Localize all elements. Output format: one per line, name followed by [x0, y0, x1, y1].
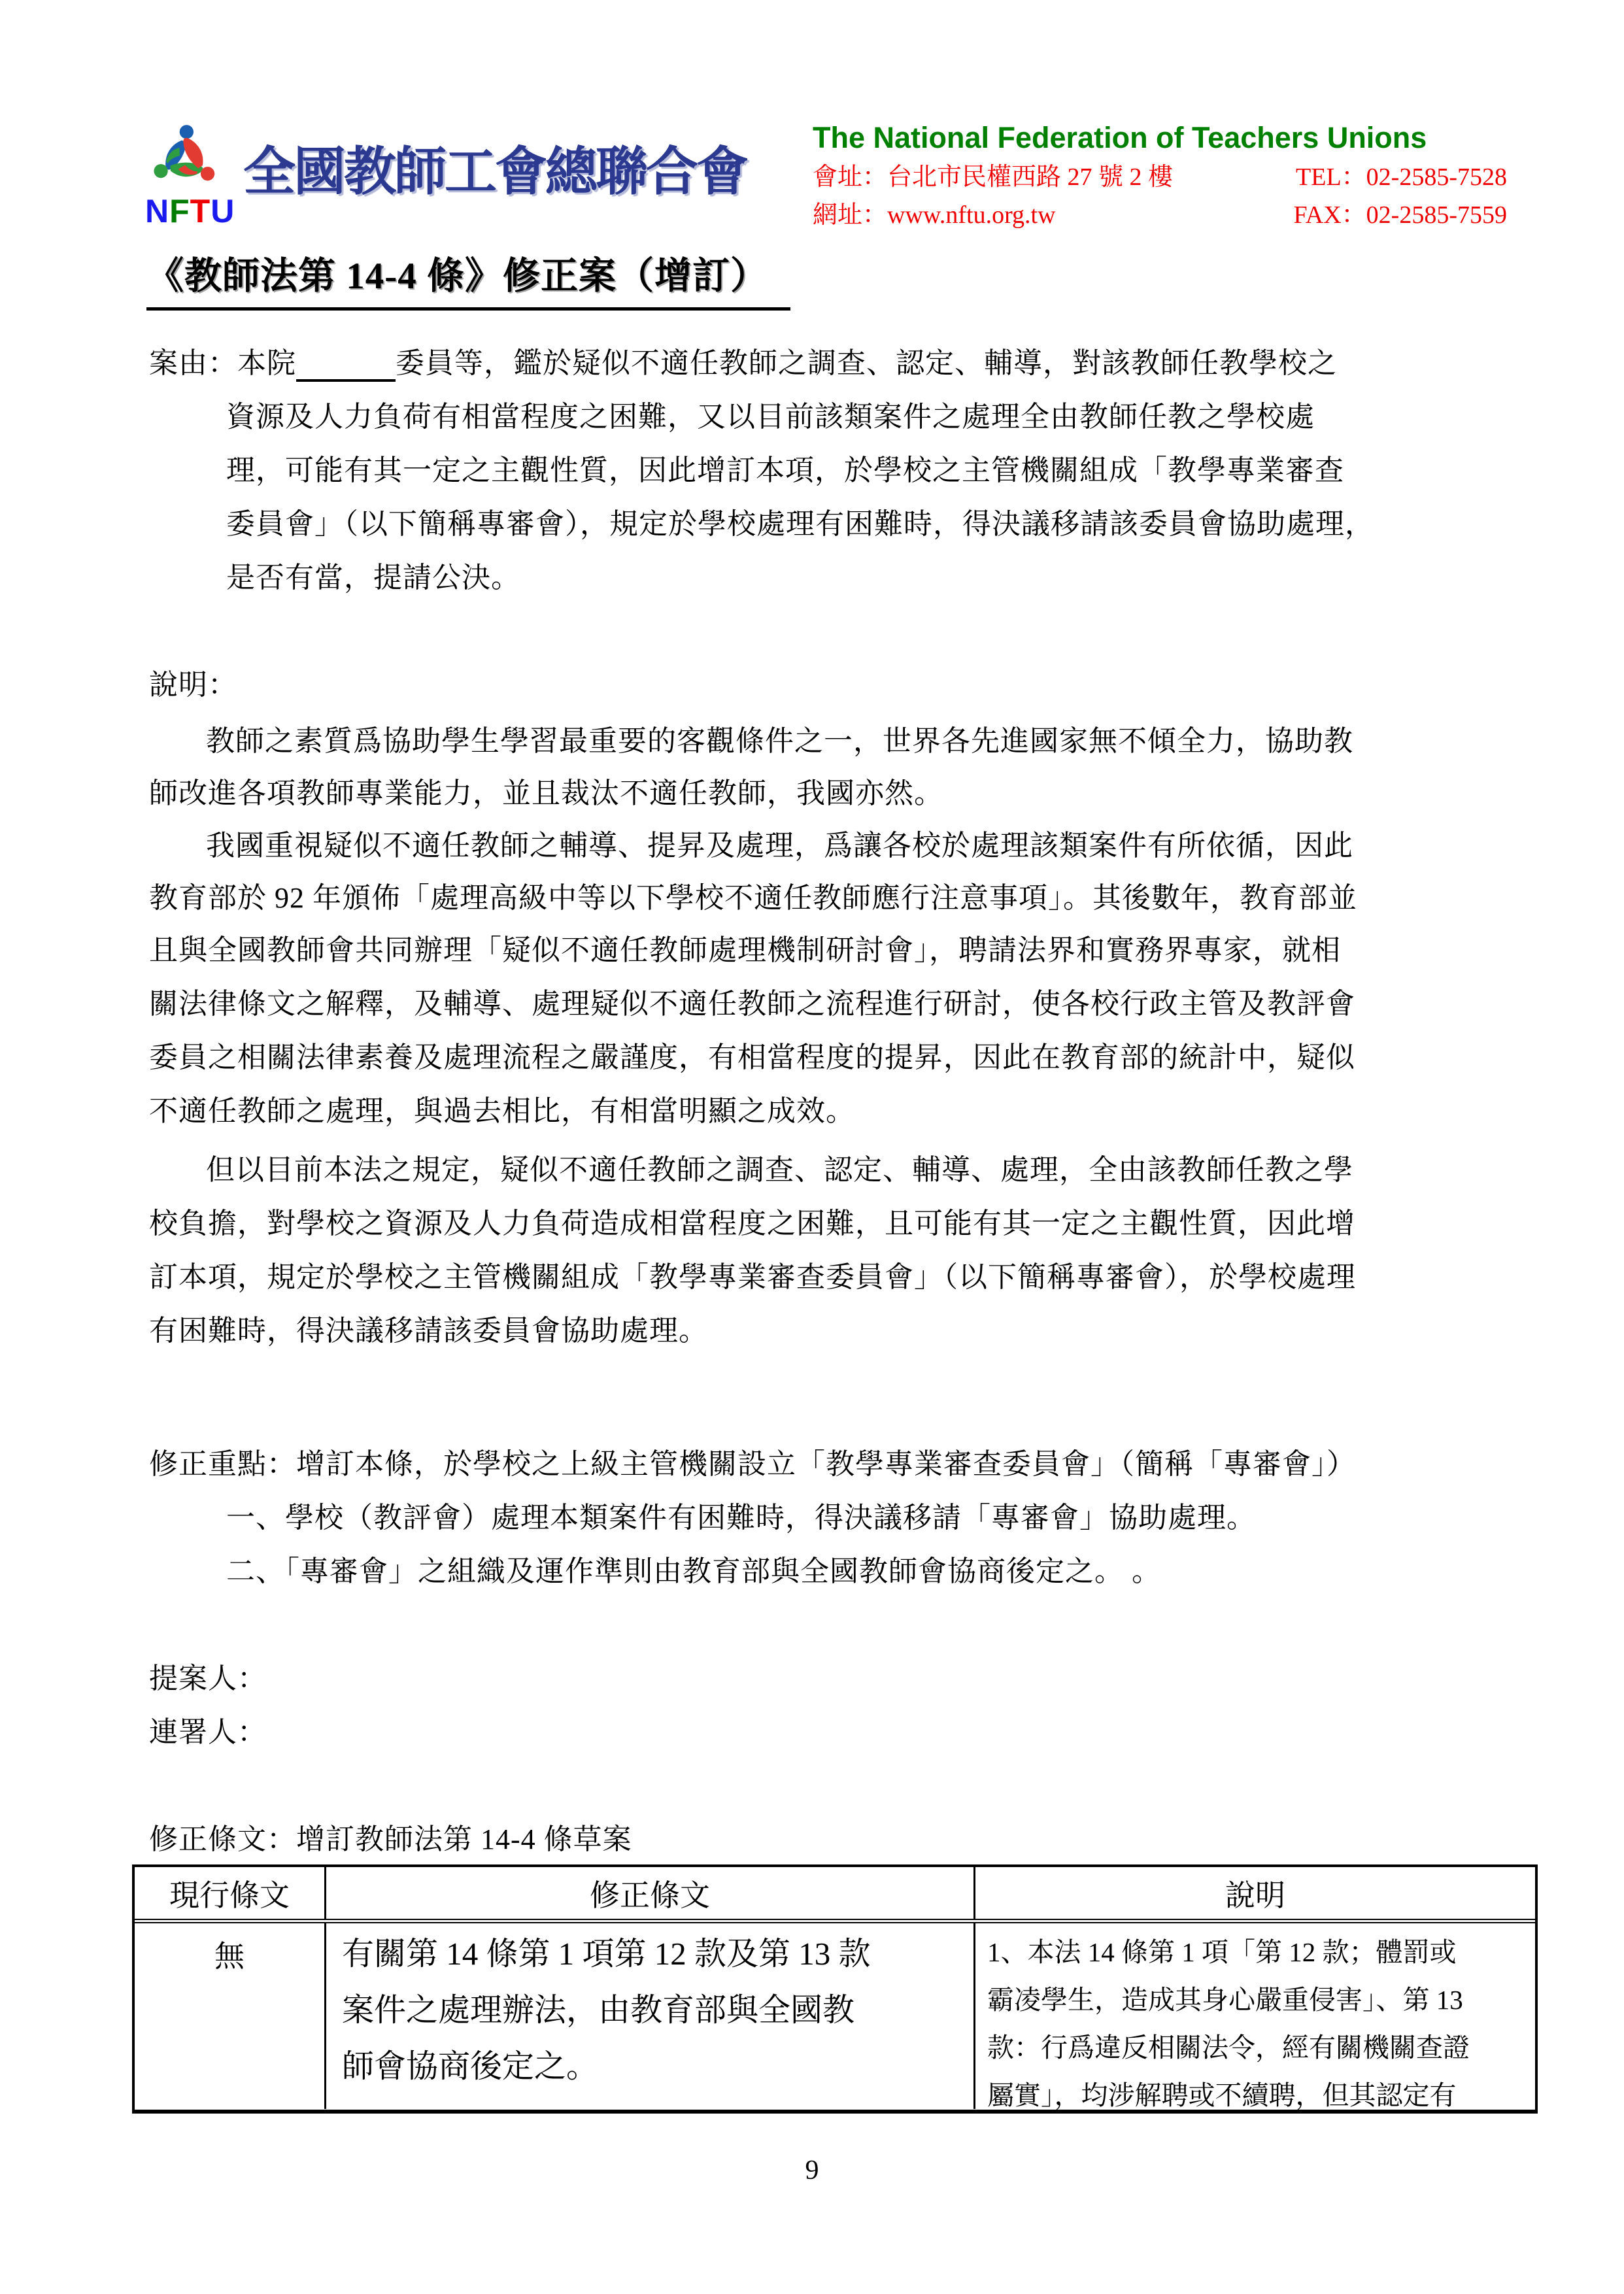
explanation-line: 但以目前本法之規定，疑似不適任教師之調查、認定、輔導、處理，全由該教師任教之學 [206, 1152, 1353, 1189]
explanation-heading: 說明： [149, 667, 237, 703]
proposer-label: 提案人： [149, 1661, 267, 1697]
case-line: 資源及人力負荷有相當程度之困難，又以目前該類案件之處理全由教師任教之學校處 [226, 399, 1315, 435]
column-header-note: 說明 [975, 1867, 1535, 1919]
column-header-current: 現行條文 [135, 1867, 326, 1919]
explanation-line: 關法律條文之解釋，及輔導、處理疑似不適任教師之流程進行研討，使各校行政主管及教評… [149, 986, 1355, 1022]
table-row: 無 有關第 14 條第 1 項第 12 款及第 13 款 案件之處理辦法，由教育… [135, 1923, 1535, 2109]
nftu-triskelion-icon [146, 120, 224, 197]
table-header-row: 現行條文 修正條文 說明 [135, 1867, 1535, 1923]
cosigner-label: 連署人： [149, 1714, 267, 1751]
org-name-chinese: 全國教師工會總聯合會 [243, 129, 747, 205]
explanation-line: 師改進各項教師專業能力，並且裁汰不適任教師，我國亦然。 [149, 775, 943, 812]
document-page: NFTU 全國教師工會總聯合會 The National Federation … [0, 0, 1624, 2294]
case-line: 委員會」（以下簡稱專審會），規定於學校處理有困難時，得決議移請該委員會協助處理， [226, 506, 1374, 543]
case-line: 案由：本院委員等，鑑於疑似不適任教師之調查、認定、輔導，對該教師任教學校之 [149, 345, 1337, 382]
amendment-caption: 修正條文：增訂教師法第 14-4 條草案 [149, 1821, 632, 1858]
letterhead-contact: The National Federation of Teachers Unio… [813, 122, 1507, 230]
org-name-english: The National Federation of Teachers Unio… [813, 122, 1507, 154]
key-points-item: 一、學校（教評會）處理本類案件有困難時，得決議移請「專審會」協助處理。 [226, 1500, 1256, 1536]
page-title: 《教師法第 14-4 條》修正案（增訂） [146, 246, 790, 311]
explanation-line: 有困難時，得決議移請該委員會協助處理。 [149, 1313, 708, 1349]
explanation-line: 校負擔，對學校之資源及人力負荷造成相當程度之困難，且可能有其一定之主觀性質，因此… [149, 1206, 1355, 1242]
key-points-item: 二、「專審會」之組織及運作準則由教育部與全國教師會協商後定之。 。 [226, 1553, 1161, 1590]
case-line: 是否有當，提請公決。 [226, 560, 520, 596]
explanation-line: 訂本項，規定於學校之主管機關組成「教學專業審查委員會」（以下簡稱專審會），於學校… [149, 1259, 1356, 1296]
explanation-line: 教育部於 92 年頒佈「處理高級中等以下學校不適任教師應行注意事項」。其後數年，… [149, 880, 1357, 917]
org-tel: TEL：02-2585-7528 [1296, 162, 1507, 192]
fill-in-blank [296, 349, 396, 382]
org-address: 會址：台北市民權西路 27 號 2 樓 [813, 162, 1173, 192]
key-points-lead: 修正重點：增訂本條，於學校之上級主管機關設立「教學專業審查委員會」（簡稱「專審會… [149, 1446, 1356, 1483]
nftu-acronym: NFTU [145, 196, 243, 226]
org-fax: FAX：02-2585-7559 [1293, 200, 1507, 230]
column-header-amended: 修正條文 [326, 1867, 975, 1919]
org-website: 網址：www.nftu.org.tw [813, 200, 1056, 230]
amendment-table: 現行條文 修正條文 說明 無 有關第 14 條第 1 項第 12 款及第 13 … [132, 1864, 1538, 2114]
cell-current-article: 無 [135, 1923, 326, 2109]
explanation-line: 委員之相關法律素養及處理流程之嚴謹度，有相當程度的提昇，因此在教育部的統計中，疑… [149, 1039, 1355, 1076]
page-number: 9 [0, 2155, 1624, 2186]
explanation-line: 不適任教師之處理，與過去相比，有相當明顯之成效。 [149, 1093, 855, 1130]
explanation-line: 教師之素質爲協助學生學習最重要的客觀條件之一，世界各先進國家無不傾全力，協助教 [206, 723, 1353, 760]
explanation-line: 且與全國教師會共同辦理「疑似不適任教師處理機制研討會」，聘請法界和實務界專家，就… [149, 932, 1341, 969]
explanation-line: 我國重視疑似不適任教師之輔導、提昇及處理，爲讓各校於處理該類案件有所依循，因此 [206, 828, 1353, 864]
nftu-logo: NFTU [145, 120, 243, 226]
cell-note: 1、本法 14 條第 1 項「第 12 款；體罰或 霸凌學生，造成其身心嚴重侵害… [975, 1923, 1535, 2109]
cell-amended-article: 有關第 14 條第 1 項第 12 款及第 13 款 案件之處理辦法，由教育部與… [326, 1923, 975, 2109]
case-line: 理，可能有其一定之主觀性質，因此增訂本項，於學校之主管機關組成「教學專業審查 [226, 452, 1344, 489]
